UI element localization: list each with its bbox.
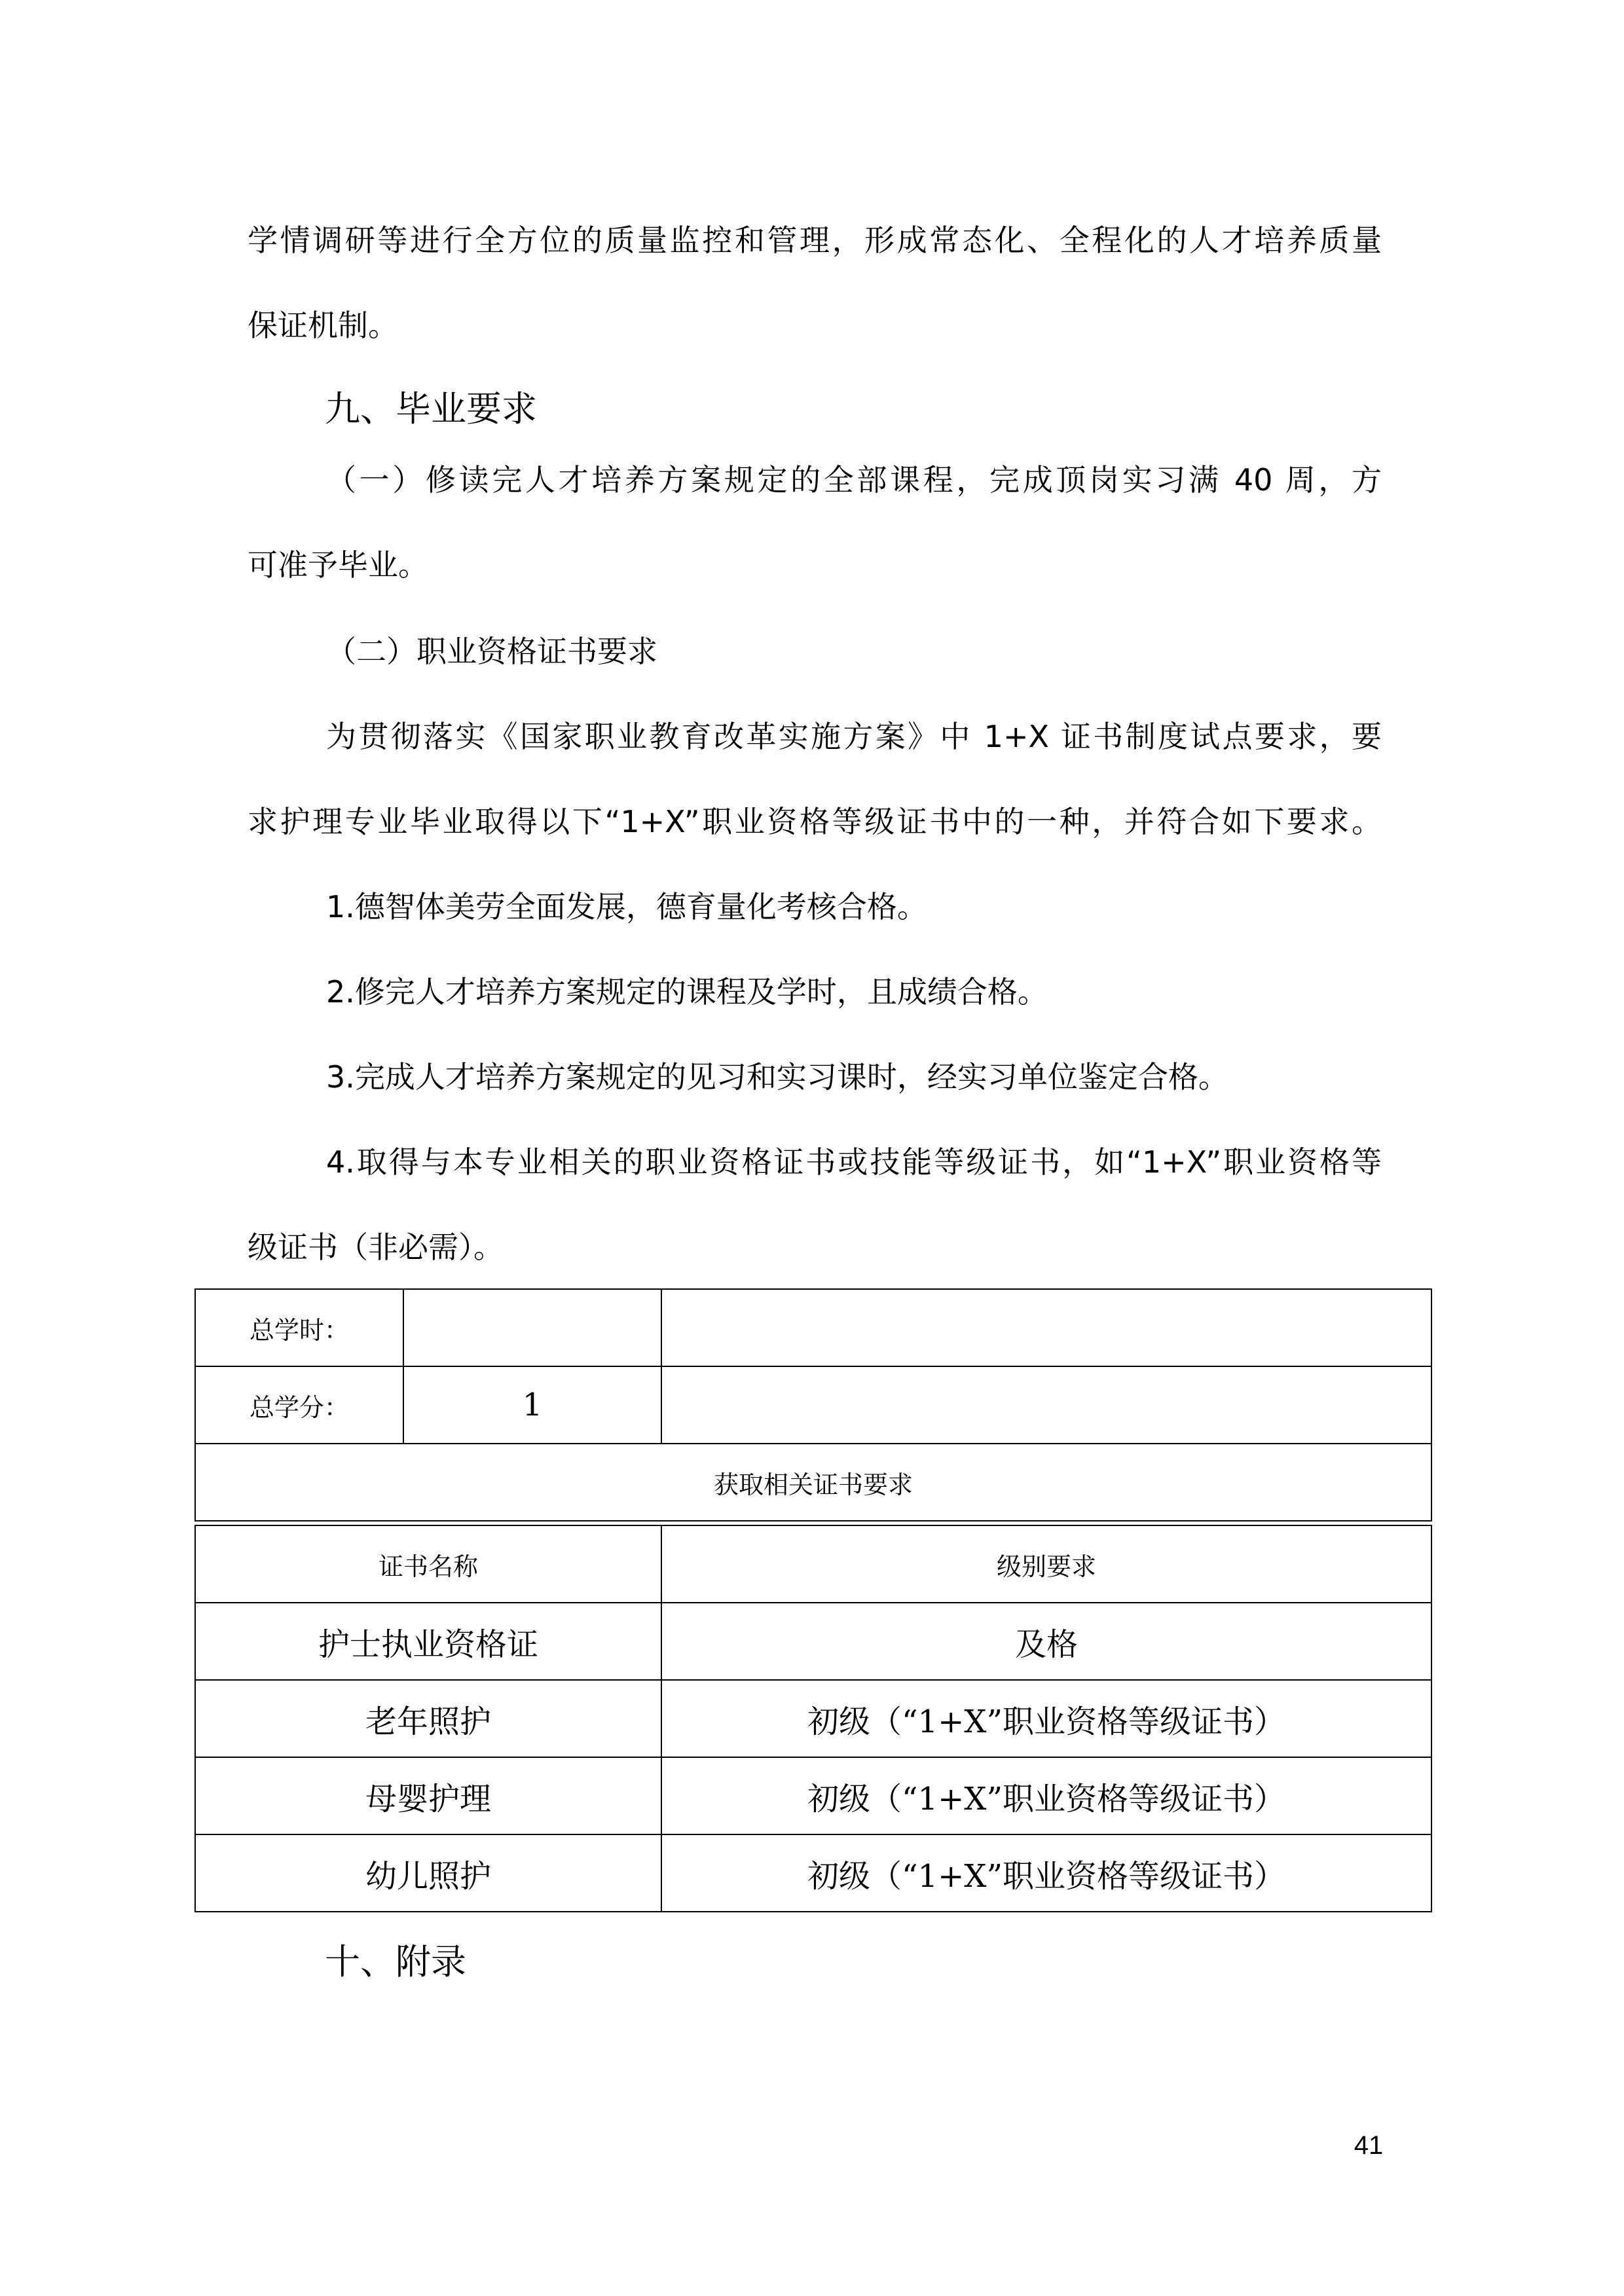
level-requirement: 初级（“1+X”职业资格等级证书） <box>661 1757 1431 1834</box>
requirement-item: 4.取得与本专业相关的职业资格证书或技能等级证书，如“1+X”职业资格等 <box>326 1142 1382 1182</box>
intro-line: 求护理专业毕业取得以下“1+X”职业资格等级证书中的一种，并符合如下要求。 <box>248 802 1382 841</box>
certificate-name: 护士执业资格证 <box>195 1603 661 1680</box>
level-requirement: 初级（“1+X”职业资格等级证书） <box>661 1834 1431 1912</box>
level-requirement: 初级（“1+X”职业资格等级证书） <box>661 1680 1431 1757</box>
empty-cell <box>661 1366 1431 1444</box>
total-hours-value <box>403 1289 661 1366</box>
intro-line: 为贯彻落实《国家职业教育改革实施方案》中 1+X 证书制度试点要求，要 <box>326 717 1382 756</box>
requirement-item: 2.修完人才培养方案规定的课程及学时，且成绩合格。 <box>326 972 1382 1011</box>
certificate-requirements-table: 总学时： 总学分： 1 获取相关证书要求 <box>194 1288 1432 1522</box>
total-hours-label: 总学时： <box>195 1289 403 1366</box>
certificate-name: 老年照护 <box>195 1680 661 1757</box>
requirement-item: 3.完成人才培养方案规定的见习和实习课时，经实习单位鉴定合格。 <box>326 1057 1382 1097</box>
total-credits-value: 1 <box>403 1366 661 1444</box>
level-requirement: 及格 <box>661 1603 1431 1680</box>
certificate-name: 母婴护理 <box>195 1757 661 1834</box>
table-section-title-row: 获取相关证书要求 <box>195 1444 1431 1521</box>
table-row: 母婴护理 初级（“1+X”职业资格等级证书） <box>195 1757 1431 1834</box>
certificate-list-table: 证书名称 级别要求 护士执业资格证 及格 老年照护 初级（“1+X”职业资格等级… <box>194 1525 1432 1912</box>
table-section-title: 获取相关证书要求 <box>195 1444 1431 1521</box>
table-row-total-hours: 总学时： <box>195 1289 1431 1366</box>
total-credits-label: 总学分： <box>195 1366 403 1444</box>
empty-cell <box>661 1289 1431 1366</box>
table-header-row: 证书名称 级别要求 <box>195 1525 1431 1603</box>
requirement-item: 1.德智体美劳全面发展，德育量化考核合格。 <box>326 887 1382 926</box>
column-header-certificate-name: 证书名称 <box>195 1525 661 1603</box>
table-row: 护士执业资格证 及格 <box>195 1603 1431 1680</box>
section-heading-appendix: 十、附录 <box>325 1939 466 1985</box>
body-paragraph-line: 学情调研等进行全方位的质量监控和管理，形成常态化、全程化的人才培养质量 <box>248 221 1382 260</box>
body-paragraph-line: 保证机制。 <box>248 306 1382 345</box>
section-heading-graduation-requirements: 九、毕业要求 <box>325 386 537 432</box>
item1-line: （一）修读完人才培养方案规定的全部课程，完成顶岗实习满 40 周，方 <box>326 460 1382 500</box>
table-row-total-credits: 总学分： 1 <box>195 1366 1431 1444</box>
item2-title: （二）职业资格证书要求 <box>326 632 1382 671</box>
certificate-name: 幼儿照护 <box>195 1834 661 1912</box>
page-number: 41 <box>1349 2131 1388 2160</box>
table-row: 幼儿照护 初级（“1+X”职业资格等级证书） <box>195 1834 1431 1912</box>
document-page: 学情调研等进行全方位的质量监控和管理，形成常态化、全程化的人才培养质量 保证机制… <box>0 0 1624 2296</box>
item1-line: 可准予毕业。 <box>248 545 1382 585</box>
requirement-item-continuation: 级证书（非必需）。 <box>248 1228 1382 1267</box>
table-row: 老年照护 初级（“1+X”职业资格等级证书） <box>195 1680 1431 1757</box>
column-header-level-requirement: 级别要求 <box>661 1525 1431 1603</box>
